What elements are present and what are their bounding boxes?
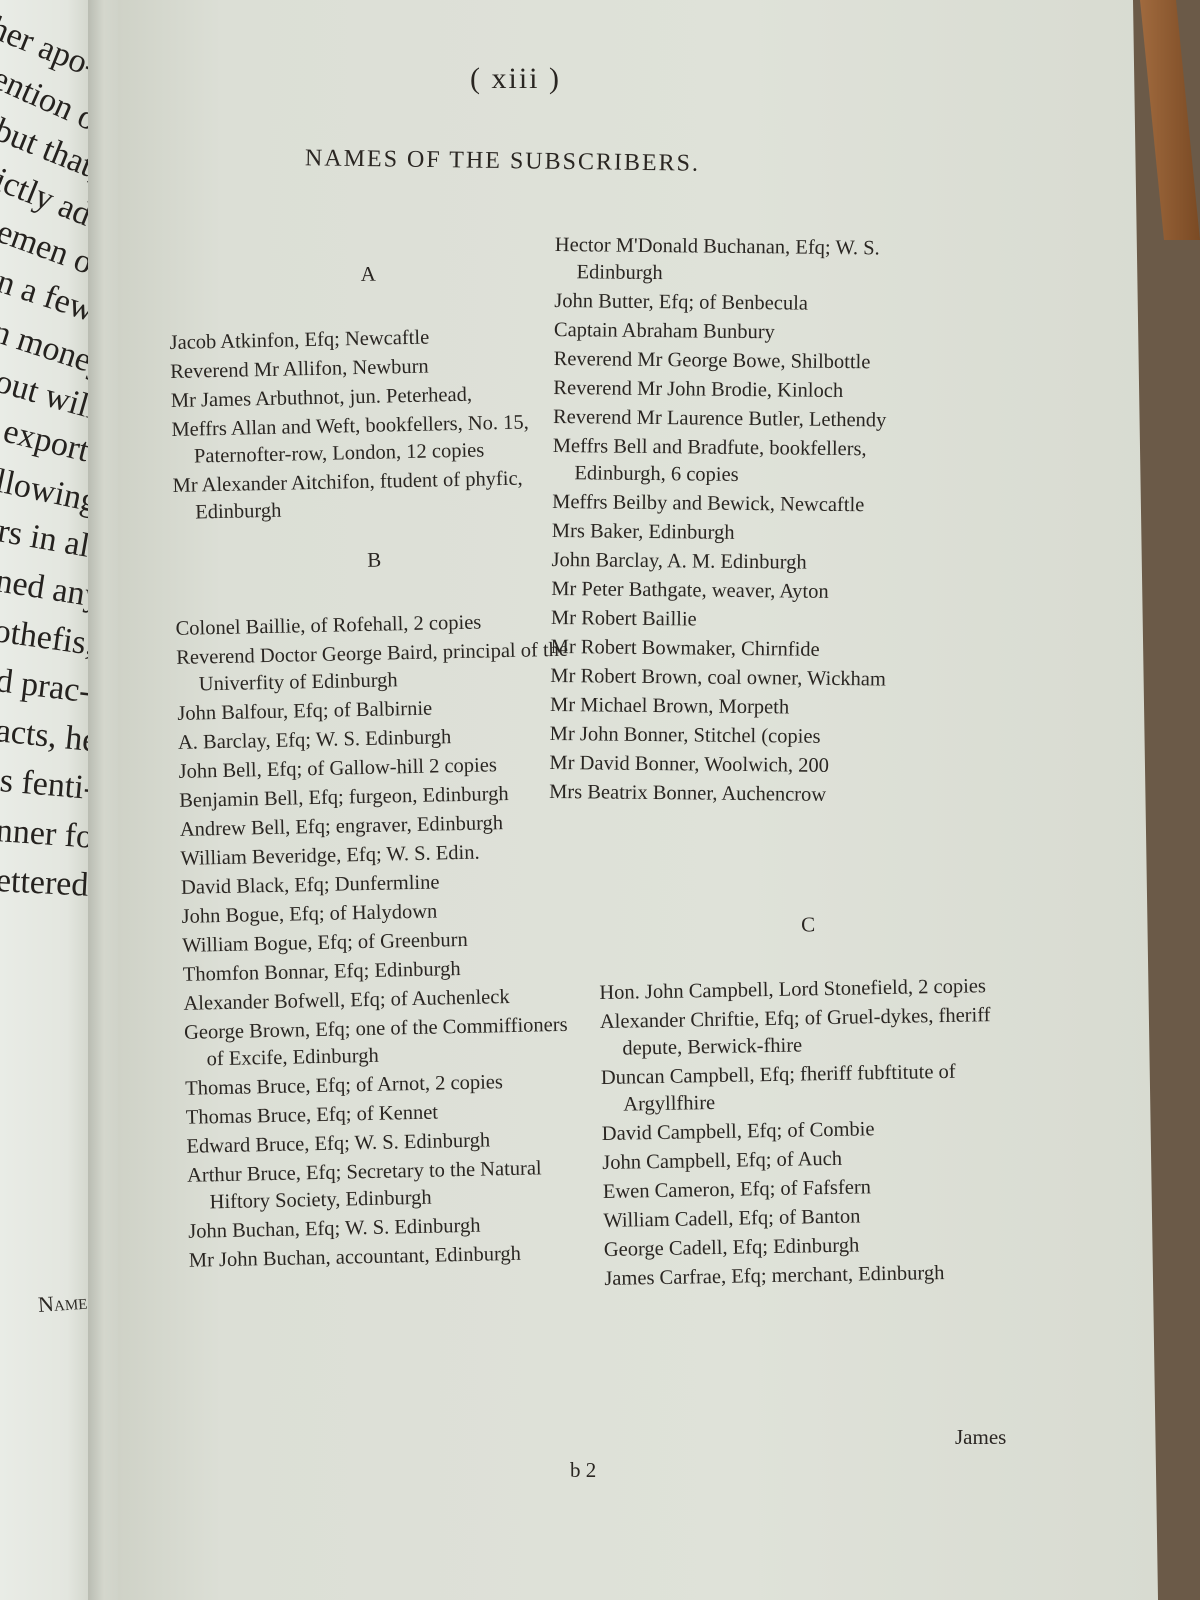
catchword: James <box>955 1425 1006 1450</box>
subscriber-entry: Meffrs Beilby and Bewick, Newcaftle <box>552 489 952 520</box>
subscriber-entry: Mr David Bonner, Woolwich, 200 <box>549 750 949 781</box>
facing-page-fragment: her apo- ention of but that, ictly ad- e… <box>0 0 96 1600</box>
subscriber-entry: Reverend Doctor George Baird, principal … <box>176 637 577 699</box>
fragment-line: nner fo <box>0 812 94 857</box>
subscriber-entry: Mrs Baker, Edinburgh <box>552 518 952 549</box>
left-column: A Jacob Atkinfon, Efq; Newcaftle Reveren… <box>168 257 589 1277</box>
subscriber-entry: Mrs Beatrix Bonner, Auchencrow <box>549 779 949 810</box>
fragment-line: ettered <box>0 862 89 905</box>
subscriber-entry: Hector M'Donald Buchanan, Efq; W. S. Edi… <box>554 232 955 290</box>
fragment-line: llowing <box>0 462 96 521</box>
subscriber-entry: Reverend Mr George Bowe, Shilbottle <box>554 346 954 377</box>
fragment-line: acts, he <box>0 712 96 760</box>
subscriber-entry: Mr Robert Baillie <box>551 605 951 636</box>
fragment-line: ned any <box>0 562 96 616</box>
subscriber-entry: John Barclay, A. M. Edinburgh <box>551 547 951 578</box>
subscriber-entry: Captain Abraham Bunbury <box>554 317 954 348</box>
fragment-line: rs in all <box>0 512 96 567</box>
subscriber-entry: Mr John Bonner, Stitchel (copies <box>550 721 950 752</box>
subscriber-entry: Meffrs Bell and Bradfute, bookfellers, E… <box>552 433 953 491</box>
subscriber-entry: Mr Alexander Aitchifon, ftudent of phyfi… <box>172 465 573 527</box>
subscriber-entry: Reverend Mr John Brodie, Kinloch <box>553 375 953 406</box>
subscriber-entry: George Brown, Efq; one of the Commiffion… <box>184 1011 585 1073</box>
fragment-line: s fenti- <box>0 762 96 808</box>
fragment-line: othefis; <box>0 612 96 664</box>
subscriber-entry: Mr Peter Bathgate, weaver, Ayton <box>551 576 951 607</box>
subscriber-entry: Reverend Mr Laurence Butler, Lethendy <box>553 404 953 435</box>
subscriber-entry: Arthur Bruce, Efq; Secretary to the Natu… <box>187 1154 588 1216</box>
subscriber-entry: John Butter, Efq; of Benbecula <box>554 288 954 319</box>
fragment-line: d prac- <box>0 662 93 711</box>
subscriber-entry: Duncan Campbell, Efq; fheriff fubftitute… <box>601 1058 1022 1119</box>
right-column-c: C Hon. John Campbell, Lord Stonefield, 2… <box>598 908 1025 1295</box>
subscriber-entry: James Carfrae, Efq; merchant, Edinburgh <box>604 1259 1024 1293</box>
section-letter-b: B <box>174 543 574 578</box>
right-column-b: Hector M'Donald Buchanan, Efq; W. S. Edi… <box>549 232 955 812</box>
book-cover-edge <box>1140 0 1200 240</box>
subscriber-entry: Mr Robert Brown, coal owner, Wickham <box>550 663 950 694</box>
signature-mark: b 2 <box>570 1458 596 1483</box>
subscriber-entry: Alexander Chriftie, Efq; of Gruel-dykes,… <box>600 1002 1021 1063</box>
subscriber-entry: Mr John Buchan, accountant, Edinburgh <box>189 1239 589 1274</box>
page-title: NAMES OF THE SUBSCRIBERS. <box>305 145 700 178</box>
subscriber-entry: Mr Robert Bowmaker, Chirnfide <box>551 634 951 665</box>
subscriber-entry: Meffrs Allan and Weft, bookfellers, No. … <box>171 409 572 471</box>
page-number: ( xiii ) <box>470 62 561 96</box>
subscriber-entry: Mr Michael Brown, Morpeth <box>550 692 950 723</box>
